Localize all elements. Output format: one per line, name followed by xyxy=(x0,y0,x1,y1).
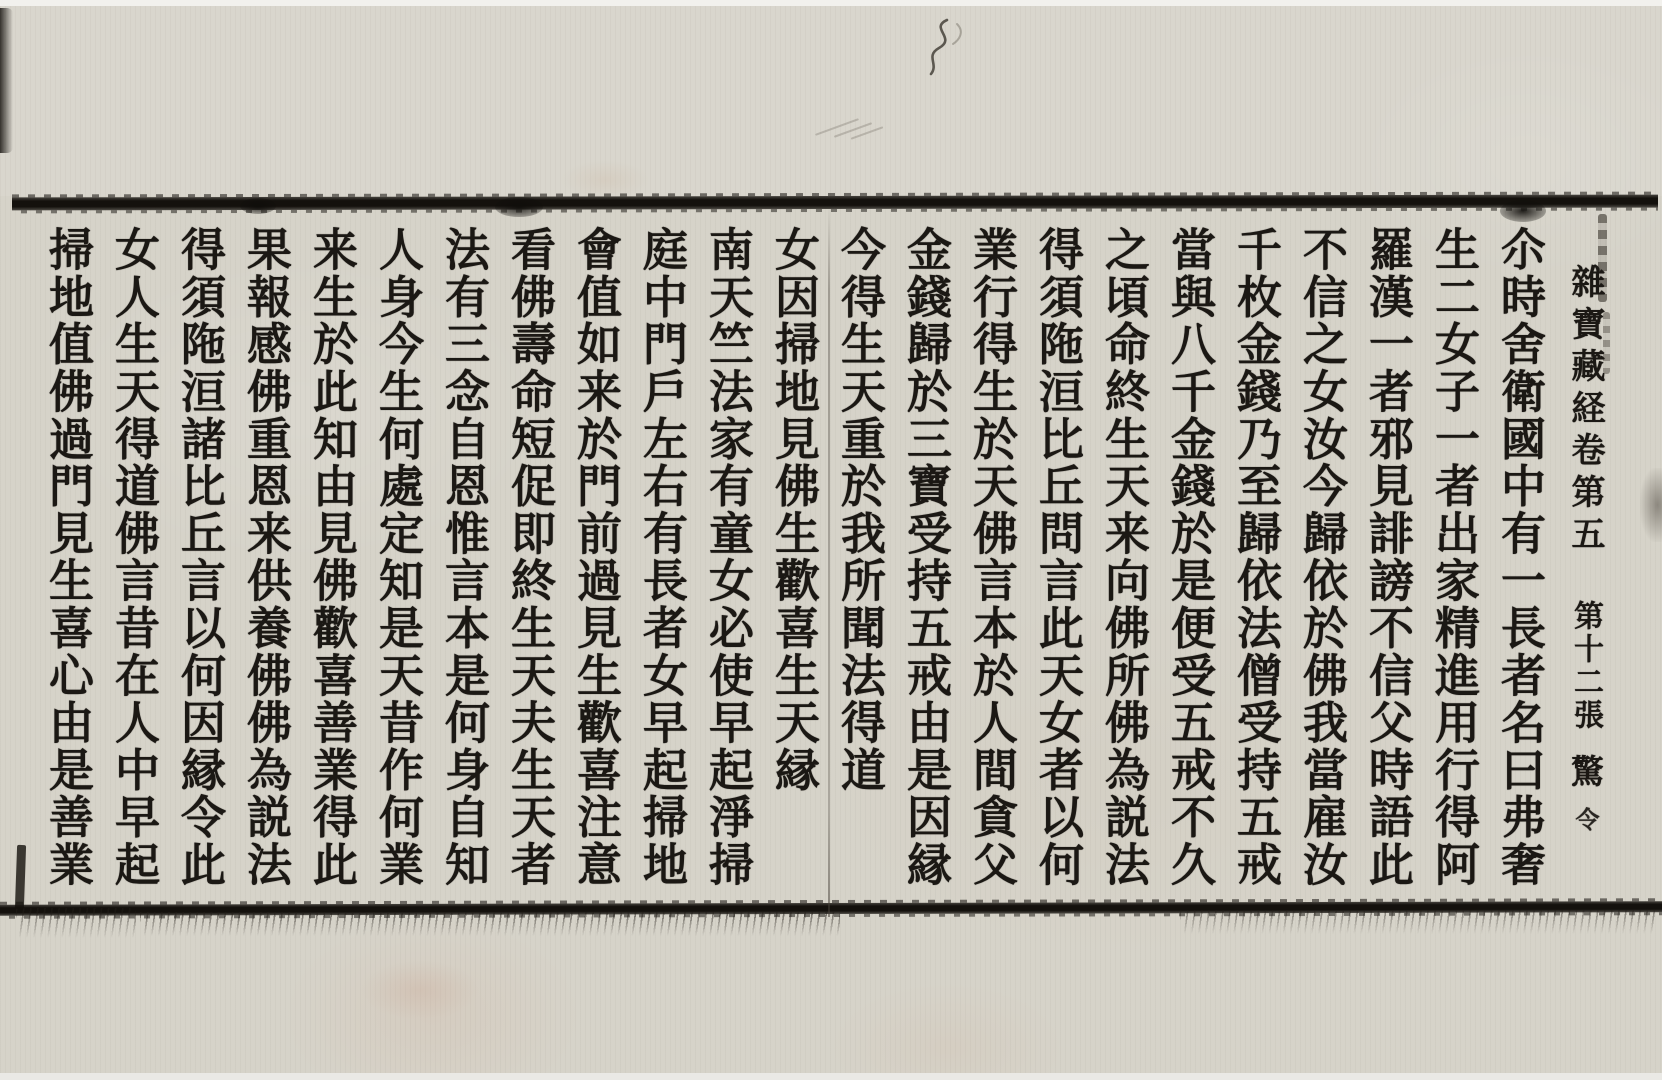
text-column: 来生於此知由見佛歡喜善業得此 xyxy=(298,226,364,902)
text-column: 果報感佛重恩来供養佛佛為説法 xyxy=(232,226,298,902)
ink-blob xyxy=(495,197,543,217)
text-column: 不信之女汝今歸依於佛我當雇汝 xyxy=(1288,226,1354,902)
paper-stain xyxy=(360,960,480,1020)
title-column: 雜寶藏経卷第五第十二張驚令 xyxy=(1552,226,1618,902)
text-column: 女因掃地見佛生歡喜生天縁 xyxy=(760,226,826,902)
upper-margin xyxy=(0,0,1662,196)
ink-blob xyxy=(240,198,276,214)
text-column: 女人生天得道佛言昔在人中早起 xyxy=(100,226,166,902)
left-border-fragment xyxy=(15,845,26,909)
text-block: 雜寶藏経卷第五第十二張驚令 尒時舍衛國中有一長者名曰弗奢 生二女子一者出家精進用… xyxy=(34,226,1618,902)
scan-bottom-edge xyxy=(0,1073,1662,1080)
text-column: 看佛壽命短促即終生天夫生天者 xyxy=(496,226,562,902)
scripture-title: 雜寶藏経卷第五 xyxy=(1565,264,1605,558)
text-column: 得須陁洹諸比丘言以何因縁令此 xyxy=(166,226,232,902)
collation-mark: 令 xyxy=(1571,807,1600,839)
text-column: 金錢歸於三寶受持五戒由是因縁 xyxy=(892,226,958,902)
text-column: 南天竺法家有童女必使早起淨掃 xyxy=(694,226,760,902)
text-column: 得須陁洹比丘問言此天女者以何 xyxy=(1024,226,1090,902)
right-edge-smudge xyxy=(1640,468,1662,542)
scan-top-edge xyxy=(0,0,1662,6)
ink-blob xyxy=(1500,200,1546,222)
sutra-page-scan: 雜寶藏経卷第五第十二張驚令 尒時舍衛國中有一長者名曰弗奢 生二女子一者出家精進用… xyxy=(0,0,1662,1080)
hatch-smudge xyxy=(1180,910,1655,934)
case-character: 驚 xyxy=(1566,754,1605,795)
text-column: 當與八千金錢於是便受五戒不久 xyxy=(1156,226,1222,902)
text-column: 業行得生於天佛言本於人間貪父 xyxy=(958,226,1024,902)
text-column: 掃地值佛過門見生喜心由是善業 xyxy=(34,226,100,902)
hatch-smudge xyxy=(140,912,840,936)
text-column: 之頃命終生天来向佛所佛為説法 xyxy=(1090,226,1156,902)
text-column: 庭中門戶左右有長者女早起掃地 xyxy=(628,226,694,902)
sheet-number-label: 第十二張 xyxy=(1568,600,1603,732)
text-column: 法有三念自恩惟言本是何身自知 xyxy=(430,226,496,902)
text-column: 千枚金錢乃至歸依法僧受持五戒 xyxy=(1222,226,1288,902)
text-column: 羅漢一者邪見誹謗不信父時語此 xyxy=(1354,226,1420,902)
ink-squiggle-mark xyxy=(905,14,975,84)
text-column: 人身今生何處定知是天昔作何業 xyxy=(364,226,430,902)
text-column: 尒時舍衛國中有一長者名曰弗奢 xyxy=(1486,226,1552,902)
hatch-smudge xyxy=(16,908,136,938)
text-column: 今得生天重於我所聞法得道 xyxy=(826,226,892,902)
text-column: 生二女子一者出家精進用行得阿 xyxy=(1420,226,1486,902)
text-column: 會值如来於門前過見生歡喜注意 xyxy=(562,226,628,902)
